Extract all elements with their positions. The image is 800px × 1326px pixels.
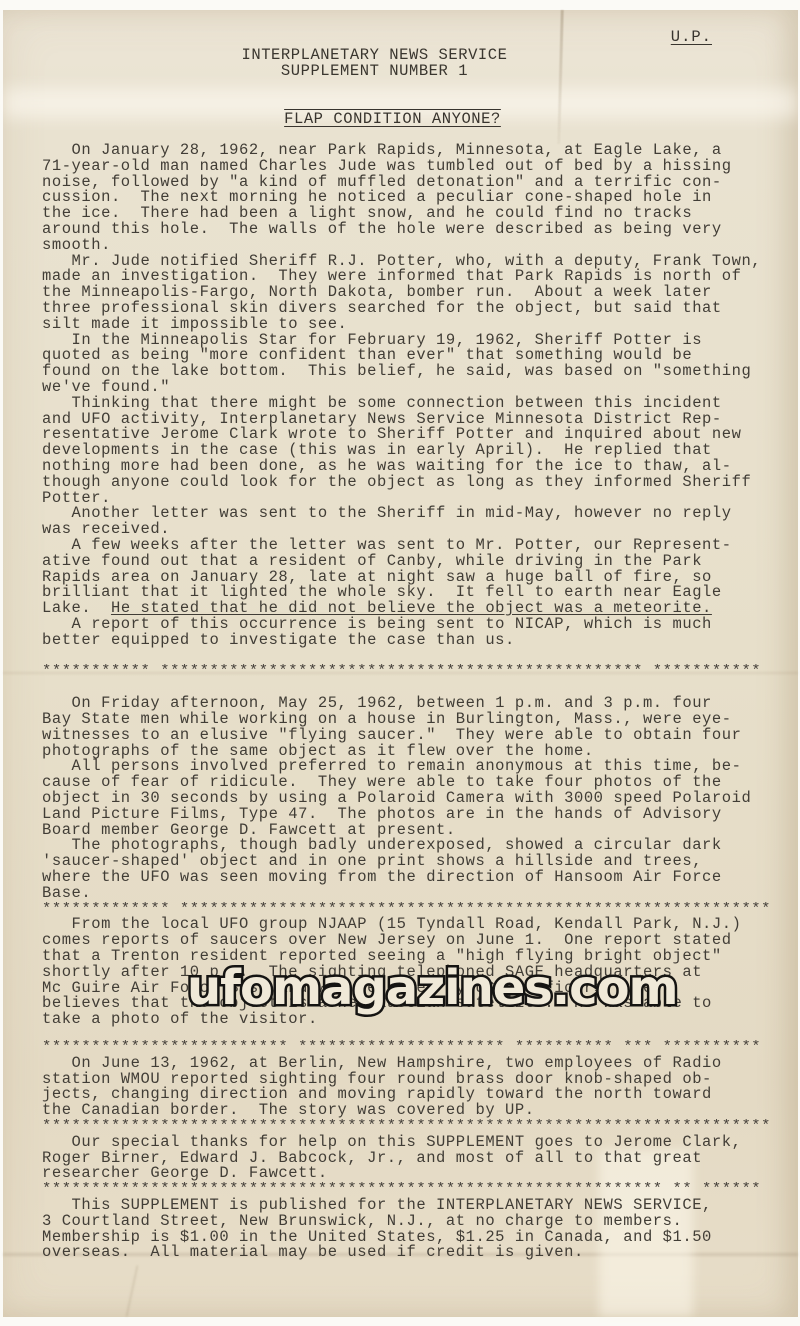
- paragraph-jerome-clark-letter: Thinking that there might be some connec…: [42, 396, 790, 507]
- paragraph-underexposed-photos: The photographs, though badly underexpos…: [42, 838, 790, 901]
- paper-crease-bottom-left: [126, 1265, 139, 1316]
- paragraph-nicap-report: A report of this occurrence is being sen…: [42, 617, 790, 649]
- fireball-text: A few weeks after the letter was sent to…: [42, 536, 732, 601]
- document-page: U.P. INTERPLANETARY NEWS SERVICE SUPPLEM…: [3, 10, 798, 1317]
- headline: FLAP CONDITION ANYONE?: [282, 109, 503, 129]
- paragraph-polaroid-photos: All persons involved preferred to remain…: [42, 759, 790, 838]
- paragraph-berlin-nh-sighting: On June 13, 1962, at Berlin, New Hampshi…: [42, 1056, 790, 1119]
- paragraph-second-letter: Another letter was sent to the Sheriff i…: [42, 506, 790, 538]
- masthead-title: INTERPLANETARY NEWS SERVICE: [0, 47, 772, 63]
- paragraph-burlington-saucer: On Friday afternoon, May 25, 1962, betwe…: [42, 696, 790, 759]
- paragraph-park-rapids-hole: On January 28, 1962, near Park Rapids, M…: [42, 143, 790, 254]
- paragraph-minneapolis-star: In the Minneapolis Star for February 19,…: [42, 333, 790, 396]
- paragraph-special-thanks: Our special thanks for help on this SUPP…: [42, 1135, 790, 1182]
- masthead-subtitle: SUPPLEMENT NUMBER 1: [0, 63, 772, 79]
- article-body: On January 28, 1962, near Park Rapids, M…: [42, 143, 790, 1261]
- paragraph-publication-info: This SUPPLEMENT is published for the INT…: [42, 1198, 790, 1261]
- headline-row: FLAP CONDITION ANYONE?: [0, 110, 790, 128]
- agency-credit: U.P.: [671, 28, 712, 46]
- asterisk-divider-1: *********** ****************************…: [42, 664, 790, 680]
- watermark-overlay: ufomagazines.com: [187, 960, 678, 1016]
- paragraph-canby-fireball: A few weeks after the letter was sent to…: [42, 538, 790, 617]
- paragraph-sheriff-investigation: Mr. Jude notified Sheriff R.J. Potter, w…: [42, 254, 790, 333]
- masthead: INTERPLANETARY NEWS SERVICE SUPPLEMENT N…: [0, 47, 772, 79]
